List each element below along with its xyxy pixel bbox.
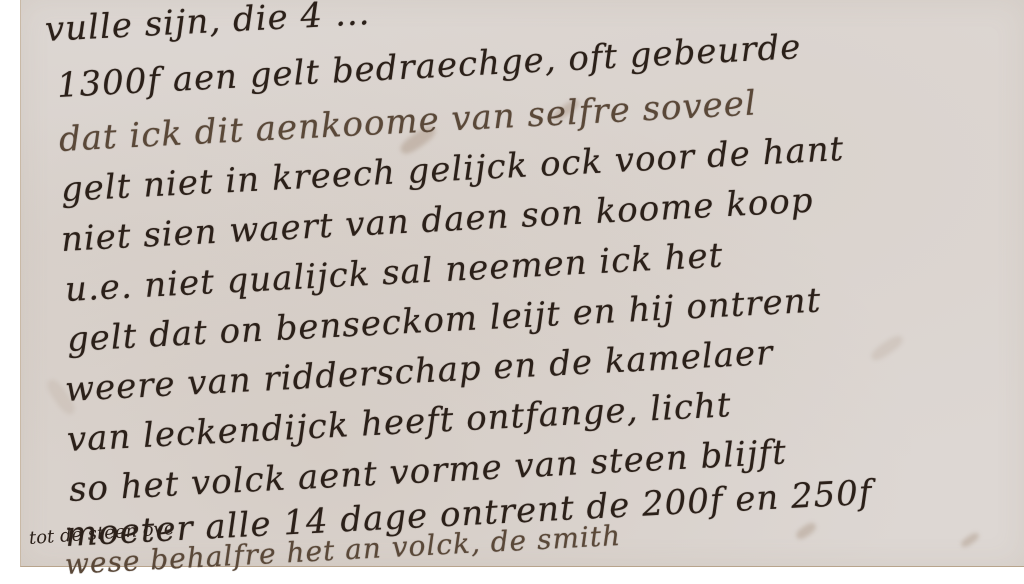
ink-stain (960, 531, 981, 549)
ink-stain (794, 521, 818, 542)
manuscript-page: vulle sijn, die 4 ... 1300f aen gelt bed… (20, 0, 1024, 567)
text-line-1: vulle sijn, die 4 ... (44, 0, 371, 50)
ink-stain (869, 333, 905, 363)
